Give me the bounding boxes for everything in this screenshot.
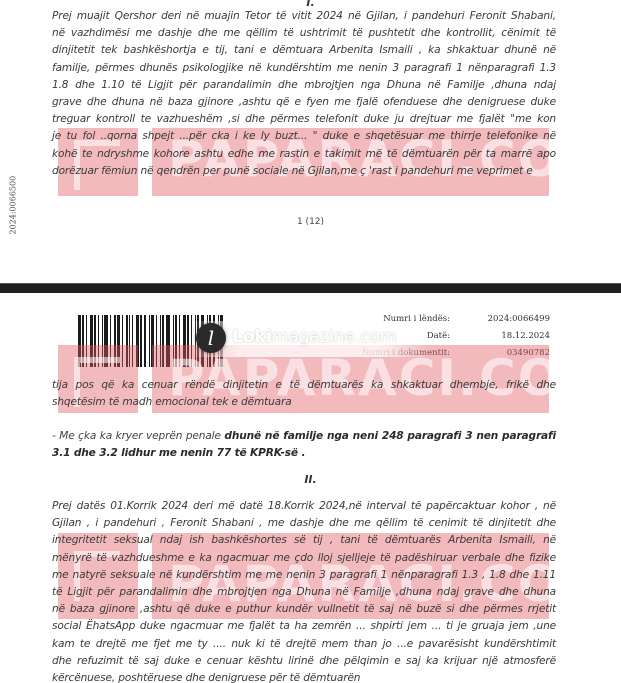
paragraph-line: në vazhdimësi me dashje dhe me qëllim të… (52, 25, 556, 42)
paragraph-line: kohë te ndryshme kohore ashtu edhe me ra… (52, 146, 556, 163)
charge-line-2: 3.1 dhe 3.2 lidhur me nenin 77 të KPRK-s… (52, 445, 556, 462)
paragraph-section-1: Prej muajit Qershor deri në muajin Tetor… (52, 8, 556, 180)
paragraph-line: dhe refuzimit të saj duke e cenuar kësht… (52, 653, 556, 670)
charge-line-2-bold: 3.1 dhe 3.2 lidhur me nenin 77 të KPRK-s… (52, 447, 305, 459)
page-number: 1 (12) (0, 217, 621, 227)
lokimagazine-watermark: l Lokimagazine.com (190, 321, 430, 357)
paragraph-line: Gjilan , i pandehuri , Feronit Shabani ,… (52, 515, 556, 532)
lokimagazine-text-rest: magazine.com (272, 327, 397, 347)
charge-line-1: - Me çka ka kryer veprën penale dhunë në… (52, 428, 556, 445)
date-value: 18.12.2024 (470, 331, 550, 341)
paragraph-section-2: Prej datës 01.Korrik 2024 deri më datë 1… (52, 498, 556, 683)
paragraph-line: kërcënuese, poshtëruese dhe denigruese p… (52, 670, 556, 683)
paragraph-line: dinjitetit tek bashkëshortja e tij, tani… (52, 42, 556, 59)
paragraph-line: shqetësim të madh emocional tek e dëmtua… (52, 394, 556, 411)
lokimagazine-logo-icon: l (196, 323, 226, 353)
paragraph-line: je tu fol ..qorna shpejt ...për cka i ke… (52, 128, 556, 145)
paragraph-line: me natyrë seksuale në kundërshtim me me … (52, 567, 556, 584)
paragraph-line: të Ligjit për parandalimin dhe mbrojtjen… (52, 584, 556, 601)
paragraph-line: familje, përmes dhunës psikologjike në k… (52, 60, 556, 77)
lokimagazine-text-bold: Loki (232, 327, 272, 347)
charge-line-1-normal: - Me çka ka kryer veprën penale (52, 430, 224, 442)
lokimagazine-text: Lokimagazine.com (232, 327, 396, 347)
document-page-2: Numri i lëndës: 2024:0066499 Datë: 18.12… (0, 293, 621, 683)
charge-line-1-bold: dhunë në familje nga neni 248 paragrafi … (224, 430, 556, 442)
continuation-paragraph: tija pos që ka cenuar rëndë dinjitetin e… (52, 377, 556, 411)
paragraph-line: integritetit seksual ndaj ish bashkëshor… (52, 532, 556, 549)
paragraph-line: Prej muajit Qershor deri në muajin Tetor… (52, 8, 556, 25)
paragraph-line: Prej datës 01.Korrik 2024 deri më datë 1… (52, 498, 556, 515)
case-number-value: 2024:0066499 (470, 314, 550, 324)
document-page-1: I. PAPARACI.COM Prej muajit Qershor deri… (0, 0, 621, 283)
paragraph-line: grave dhe dhuna në baza gjinore ,ashtu q… (52, 94, 556, 111)
paragraph-line: social ËhatsApp duke ngacmuar me fjalët … (52, 618, 556, 635)
paragraph-line: dorëzuar fëmiun në qendrën per punë soci… (52, 163, 556, 180)
paragraph-line: mënyrë të vazhdueshme e ka ngacmuar me ç… (52, 550, 556, 567)
paragraph-line: treguar kontroll te vazhueshëm ,si dhe p… (52, 111, 556, 128)
paragraph-line: 1.8 dhe 1.10 të Ligjit për parandalimin … (52, 77, 556, 94)
paragraph-line: kam te drejtë me fjet me ty .... nuk ki … (52, 636, 556, 653)
charge-statement: - Me çka ka kryer veprën penale dhunë në… (52, 428, 556, 462)
section-numeral-2: II. (0, 473, 621, 486)
paragraph-line: në baza gjinore ,ashtu që duke e puthur … (52, 601, 556, 618)
paragraph-line: tija pos që ka cenuar rëndë dinjitetin e… (52, 377, 556, 394)
